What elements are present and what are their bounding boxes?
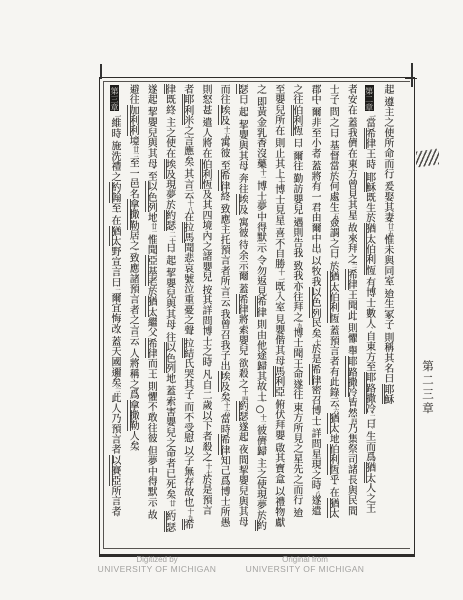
- chapter-tab-box: 第二章: [365, 85, 374, 111]
- text-column: 而往埃及、十五寓彼、至希律終、致應主托預言者所言云、我曾召我子出埃及矣。十六當時…: [216, 84, 230, 547]
- text-column: 至嬰兒所在、則止其上。十博士見星、喜不自勝、十一既入室、見嬰偕其母馬利亞、俯伏拜…: [271, 84, 285, 547]
- text-column: 遂起、挈嬰兒與其母、至以色列地、廿二惟聞亞基老於猶太繼父希律而王、則懼不敢往彼、…: [143, 84, 157, 547]
- text-column: 士子、問之曰、基督當於何處生、五僉謂之曰、於猶太伯利恆、蓋預言者有此錄云、六猶太…: [325, 84, 339, 547]
- text-column: 郡中、爾非至小者、蓋將有一君由爾中出、以牧我以色列民矣。七於是希律密召博士、詳問…: [307, 84, 321, 547]
- frame-top-overhang: [405, 78, 417, 80]
- scanned-book-page: { "scan": { "margin_label": "第二三章", "col…: [0, 0, 463, 600]
- chapter-tab-box: 第三章: [110, 85, 119, 111]
- footer-original-from: Original from UNIVERSITY OF MICHIGAN: [240, 555, 370, 574]
- footer-original-org: UNIVERSITY OF MICHIGAN: [240, 564, 370, 574]
- margin-hatch-mark: [416, 148, 439, 167]
- text-column: 之往伯利恆、曰、爾往、勤訪嬰兒、遇則告我、致我亦往拜之。九博士聞王命遂往、東方所…: [289, 84, 303, 547]
- footer-digitized-line: Digitized by: [92, 555, 222, 564]
- text-column: 律既終、主之使在埃及現夢於約瑟、二十曰、起、挈嬰兒與其母、往以色列地、蓋索害嬰兒…: [162, 84, 176, 547]
- text-column: 第二章一當希律王時、耶穌既生於猶太伯利恆、有博士數人、自東方至耶路撒冷、二曰、生…: [362, 84, 376, 547]
- footer-digitized-org: UNIVERSITY OF MICHIGAN: [92, 564, 222, 574]
- frame-corner-tick-left: [100, 64, 102, 79]
- text-column: 者耶利米之言應矣、其言云、十八在拉馬聞悲哀號泣重憂之聲、拉結氏哭其子、而不受慰、…: [180, 84, 194, 547]
- text-column: 避往加利利境、廿三至一邑名拿撒勒居之、致應諸預言者之言云、人將稱之爲拿撒勒人矣。: [125, 84, 139, 547]
- frame-corner-tick-right: [411, 63, 413, 87]
- vertical-text-columns: 起、遵主之使所命而行、爰娶其妻、廿五惟未與同室、迨生冢子、則稱其名曰耶穌。第二章…: [107, 84, 394, 547]
- footer-original-line: Original from: [240, 555, 370, 564]
- text-column: 者安在、蓋我儕在東方曾見其星、故來拜之。三希律王聞此、則懼、舉耶路撒冷皆然、四乃…: [343, 84, 357, 547]
- text-column: 第三章一維時、施洗禮之約翰至、在猶太野宣言曰、二爾宜悔改、蓋天國邇矣。三此人乃預…: [107, 84, 121, 547]
- text-column: 起、遵主之使所命而行、爰娶其妻、廿五惟未與同室、迨生冢子、則稱其名曰耶穌。: [380, 84, 394, 547]
- text-column: 之、即黃金乳香沒藥。十二博士夢中得默示、令勿返見希律、則由他途歸其故土。○十三彼…: [253, 84, 267, 547]
- text-column: 則怒甚、遣人將在伯利恆及其四境內之諸嬰兒、按其詳問博士之時、凡自二歲以下者殺之。…: [198, 84, 212, 547]
- chapter-margin-label: 第二三章: [420, 360, 436, 416]
- footer-digitized-by: Digitized by UNIVERSITY OF MICHIGAN: [92, 555, 222, 574]
- text-column: 瑟曰、起、挈嬰與其母、奔往埃及、寓彼、待余示爾、蓋希律將索嬰兒、欲殺之、十四約瑟…: [234, 84, 248, 547]
